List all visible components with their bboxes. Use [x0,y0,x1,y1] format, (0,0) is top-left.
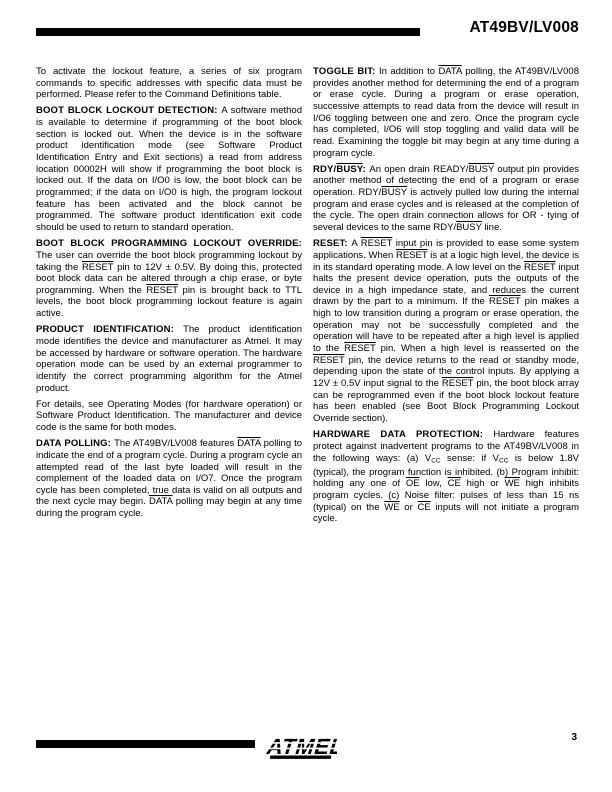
overlined-signal-name: RESET [524,262,556,273]
text-segment: sense: if V [441,453,499,464]
text-segment: The AT49BV/LV008 features [114,438,237,449]
run-in-heading: RESET: [313,238,351,249]
text-segment: An open drain READY/ [369,164,468,175]
subscript-text: CC [499,457,508,464]
run-in-heading: TOGGLE BIT: [313,66,379,77]
overlined-signal-name: CE [417,502,430,513]
two-column-text-body: To activate the lockout feature, a serie… [36,66,579,529]
run-in-heading: RDY/ [313,164,336,175]
run-in-heading: BOOT BLOCK PROGRAMMING LOCKOUT OVERRIDE: [36,238,305,249]
footer-rule-bar [36,740,255,748]
text-segment: high or [461,478,505,489]
text-segment: low, [420,478,448,489]
logo-stencil-slit [265,742,335,744]
page-number: 3 [571,732,577,743]
paragraph-product-identification-details: For details, see Operating Modes (for ha… [36,399,302,434]
text-segment: or [400,502,418,513]
paragraph-data-polling: DATA POLLING: The AT49BV/LV008 features … [36,438,302,520]
run-in-heading: PRODUCT IDENTIFICATION: [36,324,183,335]
paragraph-product-identification: PRODUCT IDENTIFICATION: The product iden… [36,324,302,394]
overlined-signal-name: OE [406,478,420,489]
paragraph-lockout-activation-intro: To activate the lockout feature, a serie… [36,66,302,101]
logo-underline-sweep [270,756,331,759]
atmel-logo: ATMEL [261,729,337,763]
logo-stencil-slit [265,748,335,750]
text-segment: polling, the AT49BV/LV008 provides anoth… [313,66,582,159]
run-in-heading: DATA POLLING: [36,438,114,449]
overlined-signal-name: BUSY [456,222,482,233]
overlined-signal-name: RESET [489,296,521,307]
overlined-signal-name: DATA [438,66,461,77]
run-in-heading: BOOT BLOCK LOCKOUT DETECTION: [36,105,221,116]
paragraph-boot-block-lockout-detection: BOOT BLOCK LOCKOUT DETECTION: A software… [36,105,302,233]
overlined-signal-name: RESET [361,238,393,249]
text-segment: A [351,238,360,249]
run-in-heading: HARDWARE DATA PROTECTION: [313,429,493,440]
atmel-logo-text: ATMEL [265,734,337,759]
overlined-signal-name: RESET [442,378,474,389]
paragraph-hardware-data-protection: HARDWARE DATA PROTECTION: Hardware featu… [313,429,579,525]
paragraph-reset: RESET: A RESET input pin is provided to … [313,238,579,425]
text-segment: For details, see Operating Modes (for ha… [36,399,305,433]
overlined-signal-name: RESET [82,262,114,273]
column-left: To activate the lockout feature, a serie… [36,66,302,529]
overlined-signal-name: BUSY [381,187,407,198]
overlined-signal-name: DATA [149,496,172,507]
overlined-signal-name: RESET [344,343,376,354]
paragraph-rdy-busy: RDY/BUSY: An open drain READY/BUSY outpu… [313,164,579,234]
overlined-signal-name: BUSY [336,164,362,175]
subscript-text: CC [431,457,440,464]
overlined-signal-name: WE [384,502,399,513]
overlined-signal-name: CE [448,478,461,489]
overlined-signal-name: RESET [313,355,345,366]
text-segment: line. [482,222,502,233]
paragraph-boot-block-programming-lockout-override: BOOT BLOCK PROGRAMMING LOCKOUT OVERRIDE:… [36,238,302,320]
overlined-signal-name: WE [505,478,520,489]
overlined-signal-name: RESET [396,250,428,261]
overlined-signal-name: RESET [146,285,178,296]
paragraph-toggle-bit: TOGGLE BIT: In addition to DATA polling,… [313,66,579,159]
atmel-logo-graphic: ATMEL [261,729,337,763]
text-segment: A software method is available to determ… [36,105,305,233]
text-segment: pin. When a high level is reasserted on … [376,343,582,354]
column-right: TOGGLE BIT: In addition to DATA polling,… [313,66,579,529]
text-segment: In addition to [379,66,438,77]
page-title: AT49BV/LV008 [469,19,579,37]
overlined-signal-name: BUSY [468,164,494,175]
text-segment: To activate the lockout feature, a serie… [36,66,305,100]
header-rule-bar [36,28,420,36]
overlined-signal-name: DATA [237,438,260,449]
